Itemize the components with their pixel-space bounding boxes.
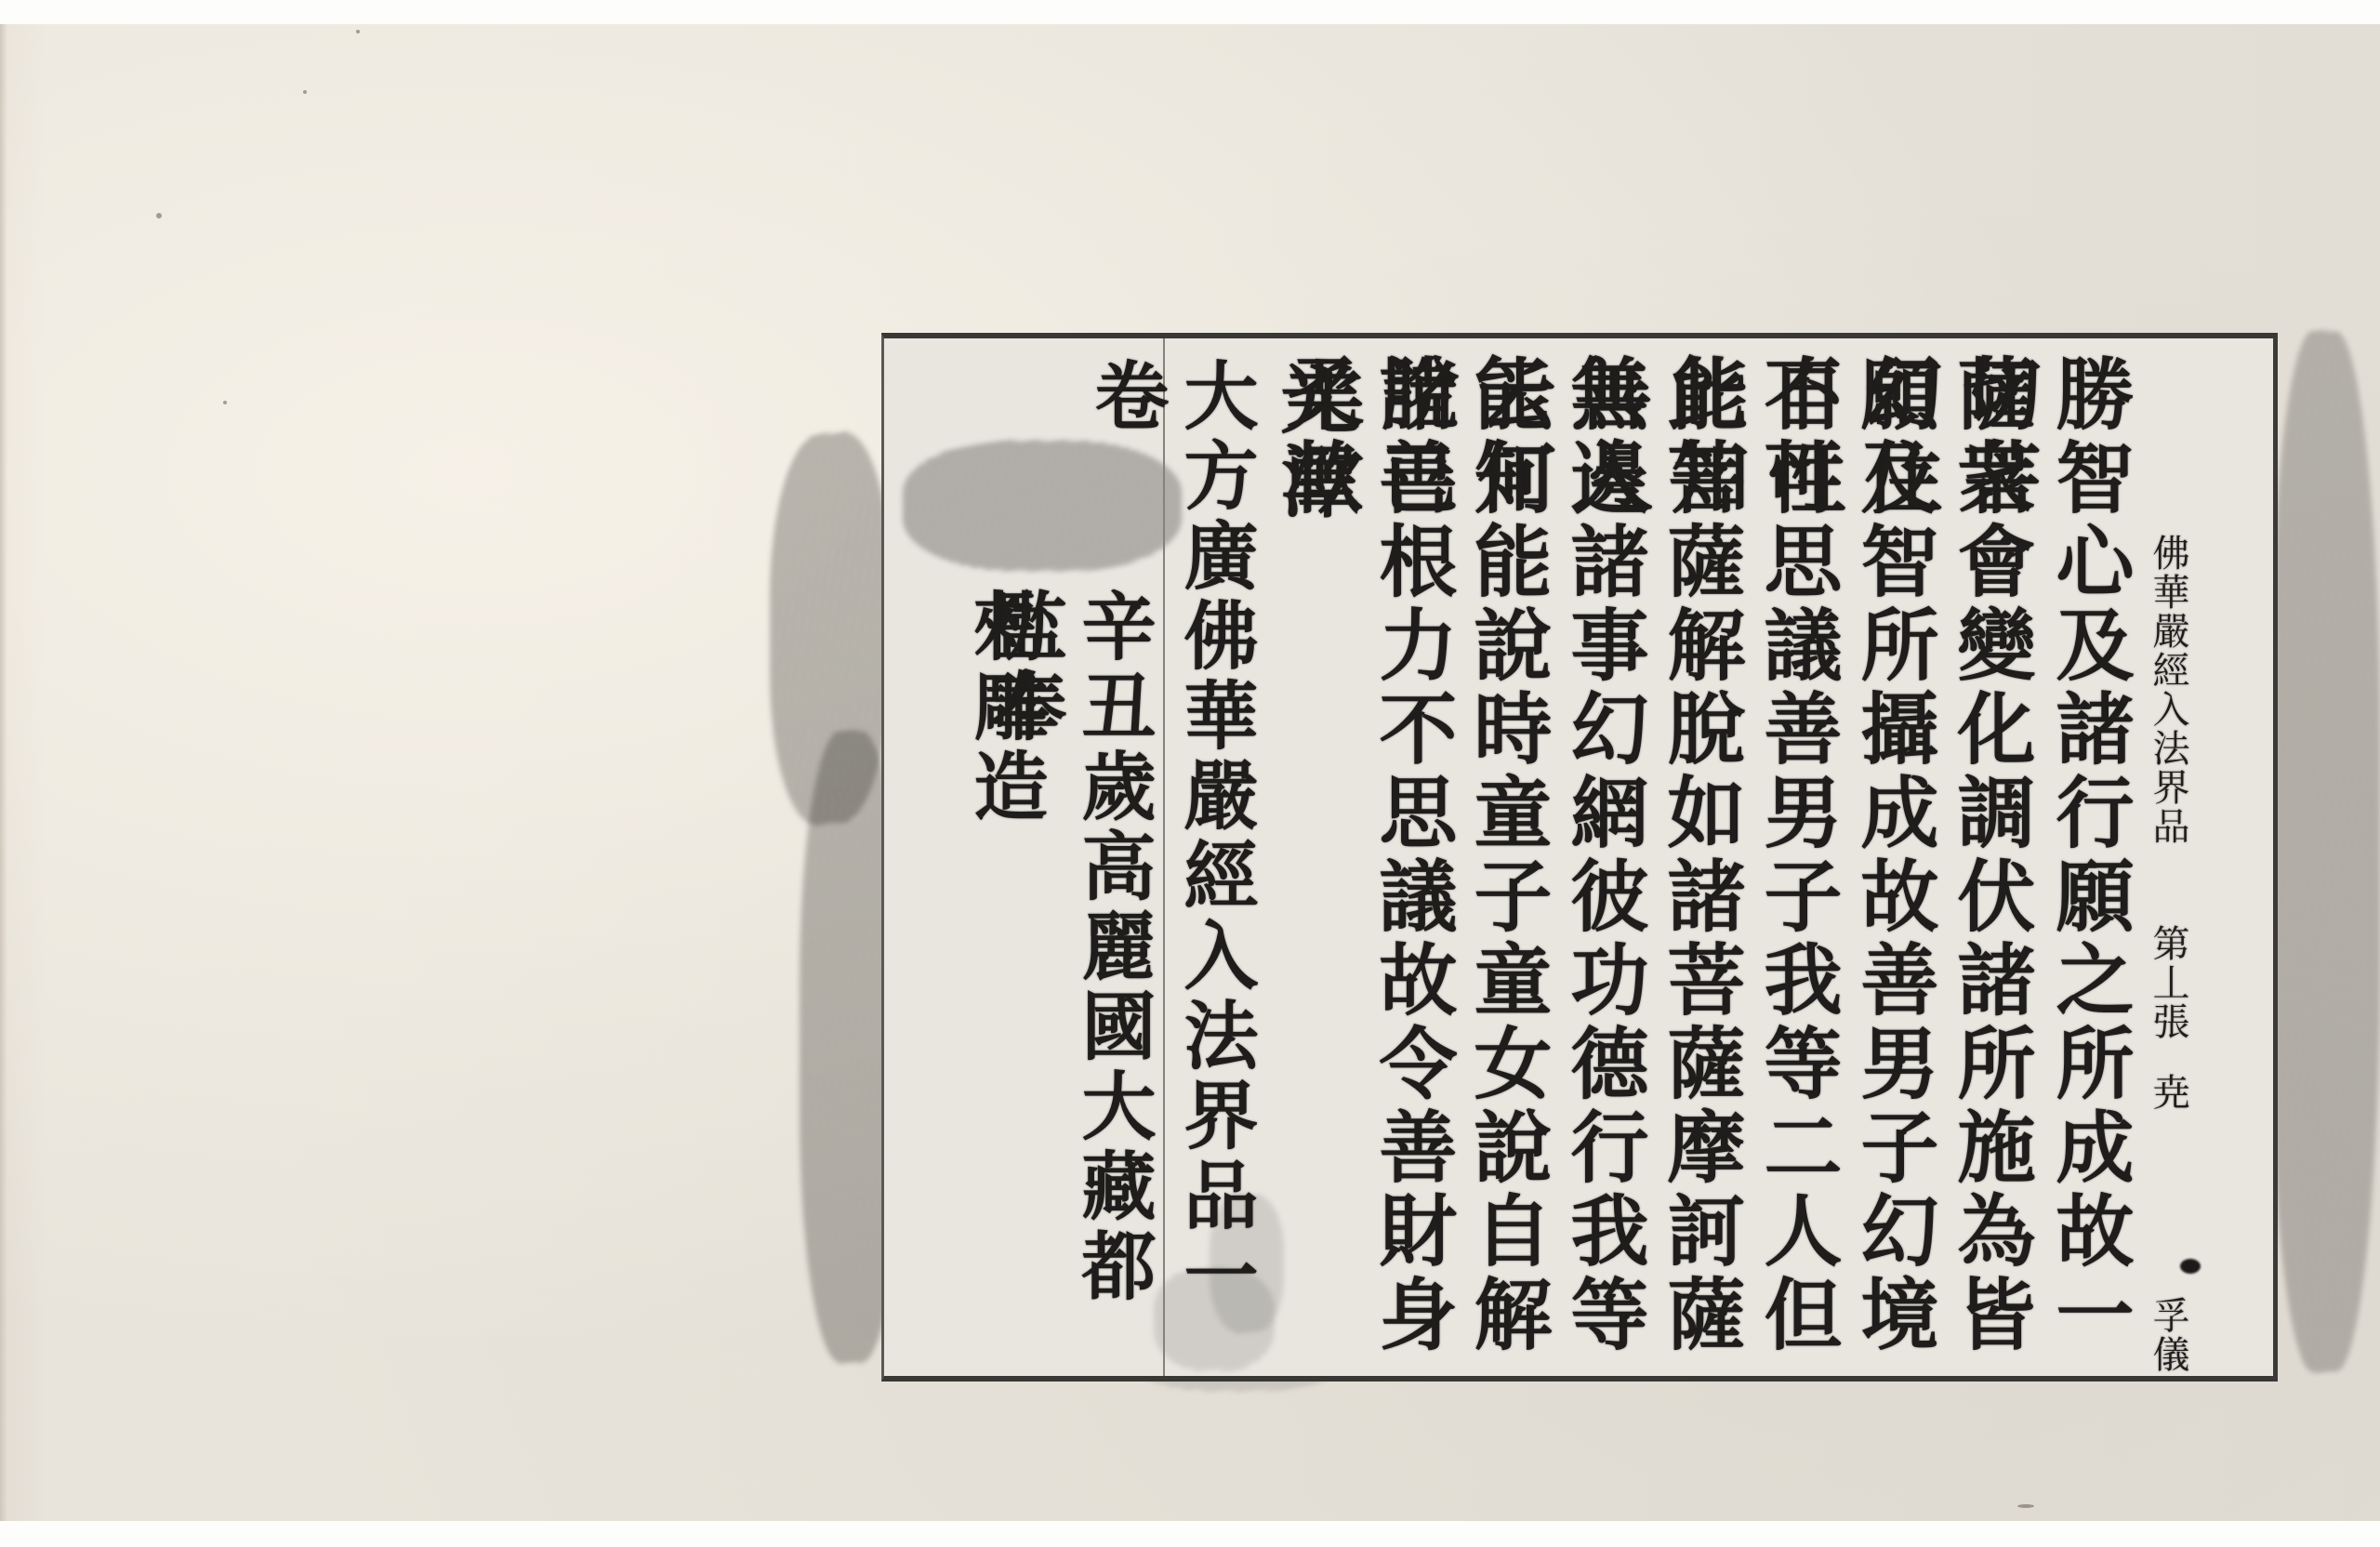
carver-mark: 孚儀 — [2147, 1296, 2189, 1374]
printed-block-frame: 佛華嚴經入法界品 第丄張 尭 孚儀 勝智心及諸行願之所成故一切菩 薩衆會變化調伏… — [881, 333, 2278, 1382]
body-column-9: 光澤 — [1267, 357, 1360, 524]
margin-sheet-number: 第丄張 — [2147, 924, 2189, 1041]
margin-mark: 尭 — [2147, 1073, 2189, 1112]
paper-fleck — [156, 213, 162, 218]
scanned-page: 佛華嚴經入法界品 第丄張 尭 孚儀 勝智心及諸行願之所成故一切菩 薩衆會變化調伏… — [0, 24, 2380, 1521]
ink-smudge-right-edge — [2268, 331, 2380, 1372]
paper-fleck — [356, 30, 360, 33]
margin-title: 佛華嚴經入法界品 — [2147, 534, 2189, 846]
colophon-edict-line: 勑雕造 — [960, 588, 1050, 827]
paper-fleck — [303, 90, 307, 94]
paper-fleck — [2017, 1504, 2034, 1508]
paper-fleck — [223, 401, 227, 404]
ink-blot — [2180, 1259, 2201, 1274]
